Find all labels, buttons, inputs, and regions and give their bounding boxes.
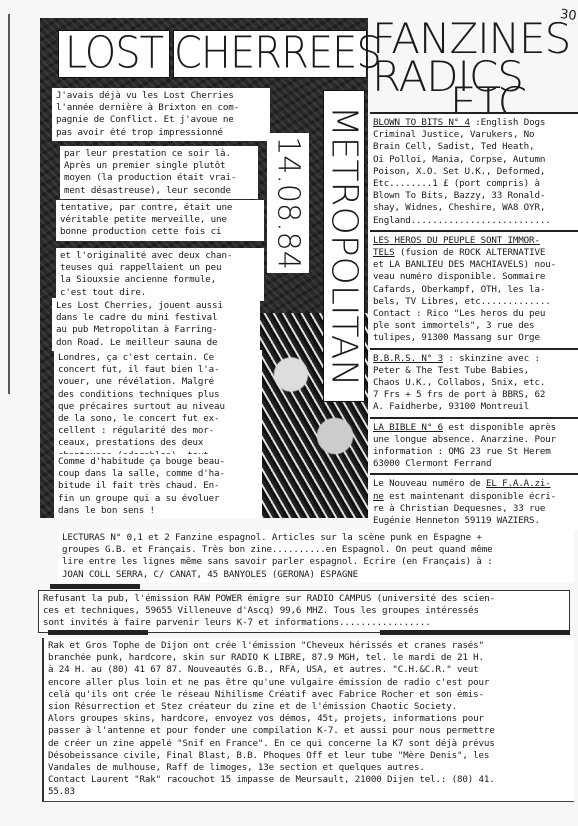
text-line: de créer un zine appelé "Snif en France"… [48, 738, 570, 750]
text-line: moyen (la production était vrai- [64, 172, 254, 184]
text-line: branchée punk, hardcore, skin sur RADIO … [48, 652, 570, 664]
text-line: ceaux, prestations des deux [58, 437, 258, 449]
feature-paragraph: tentative, par contre, était une véritab… [56, 200, 264, 241]
text-line: Criminal Justice, Varukers, No [373, 129, 576, 141]
title-lost: LOST [65, 29, 163, 77]
text-line: England.......................... [373, 215, 576, 227]
text-line: :English Dogs [470, 117, 545, 128]
text-line: sion Résurrection et Stez créateur du zi… [48, 701, 570, 713]
text-line: la Siouxsie ancienne formule, [60, 274, 260, 286]
listing-el-faa-zine: Le Nouveau numéro de EL F.A.A.zi- ne est… [370, 473, 578, 530]
venue-vertical-box: METROPOLITAN [323, 90, 365, 402]
text-line: pas avoir été trop impressionné [56, 127, 266, 139]
text-line: 63000 Clermont Ferrand [373, 458, 576, 470]
text-line: Comme d'habitude ça bouge beau- [58, 456, 258, 468]
listing-title: EL F.A.A.zi- [486, 478, 551, 489]
text-line: Les Lost Cherries, jouent aussi [56, 300, 256, 312]
text-line: shay, Widnes, Cheshire, WA8 OYR, [373, 202, 576, 214]
text-line: fin un groupe qui a su évoluer [58, 493, 258, 505]
text-line: bels, TV Libres, etc............. [373, 296, 576, 308]
text-line: Eugénie Henneton 59119 WAZIERS. [373, 515, 576, 527]
title-lost-box: LOST [58, 30, 170, 78]
text-line: A. Faidherbe, 93100 Montreuil [373, 401, 576, 413]
listing-title-cont: ne [373, 491, 384, 502]
text-line: Rak et Gros Tophe de Dijon ont crée l'ém… [48, 640, 570, 652]
listing-title: LA BIBLE N° 6 [373, 422, 443, 433]
text-line: Blown To Bits, Bazzy, 33 Ronald- [373, 190, 576, 202]
text-line: de la sono, le concert fut ex- [58, 413, 258, 425]
title-cherrees: CHERREES [174, 29, 381, 77]
text-line: vouer, une révélation. Malgré [58, 376, 258, 388]
text-line: cellent : régularité des mor- [58, 425, 258, 437]
text-line: Poison, X.O. Set U.K., Deformed, [373, 166, 576, 178]
text-line: dans le bon sens ! [58, 505, 258, 517]
listing-lecturas: LECTURAS N° 0,1 et 2 Fanzine espagnol. A… [58, 530, 574, 583]
listing-la-bible: LA BIBLE N° 6 est disponible après une l… [370, 417, 578, 474]
text-line: (fusion de ROCK ALTERNATIVE [395, 247, 546, 258]
text-line: JOAN COLL SERRA, C/ CANAT, 45 BANYOLES (… [62, 569, 570, 581]
venue-vertical: METROPOLITAN [324, 106, 365, 387]
listing-heros-du-peuple: LES HEROS DU PEUPLE SONT IMMOR- TELS (fu… [370, 230, 578, 348]
text-line: bitude il fait très chaud. En- [58, 480, 258, 492]
text-line: est maintenant disponible écri- [384, 491, 556, 502]
text-line: pagnie de Conflict. Et j'avoue ne [56, 114, 266, 126]
text-line: Londres, ça c'est certain. Ce [58, 352, 258, 364]
text-line: Contact Laurent "Rak" racouchot 15 impas… [48, 774, 570, 786]
listing-cheveux-herisses: Rak et Gros Tophe de Dijon ont crée l'ém… [42, 638, 574, 802]
text-line: Alors groupes skins, hardcore, envoyez v… [48, 713, 570, 725]
text-line: veau numéro disponible. Sommaire [373, 271, 576, 283]
text-line: re à Christian Dequesnes, 33 rue [373, 503, 576, 515]
text-line: lire entre les lignes même sans savoir p… [62, 556, 570, 568]
listing-title: LES HEROS DU PEUPLE SONT IMMOR- [373, 235, 576, 247]
text-line: tulipes, 91300 Massang sur Orge [373, 332, 576, 344]
text-line: véritable petite merveille, une [60, 214, 260, 226]
text-line: Chaos U.K., Collabos, Snix, etc. [373, 377, 576, 389]
listing-blown-to-bits: BLOWN TO BITS N° 4 :English Dogs Crimina… [370, 112, 578, 230]
divider-bar [380, 630, 570, 635]
text-line: ces et techniques, 59655 Villeneuve d'As… [43, 605, 565, 617]
text-line: des conditions techniques plus [58, 389, 258, 401]
text-line: Désobeissance civile, Final Blast, B.B. … [48, 750, 570, 762]
lost-cherrees-feature: LOST CHERREES METROPOLITAN 14.08.84 J'av… [40, 18, 368, 518]
text-line: Cafards, Oberkampf, OTH, les la- [373, 284, 576, 296]
text-line: l'année dernière à Brixton en com- [56, 102, 266, 114]
text-line: c'est tout dire. [60, 287, 260, 299]
date-vertical-box: 14.08.84 [267, 133, 309, 273]
text-line: sont invités à faire parvenir leurs K-7 … [43, 617, 565, 629]
text-line: Etc........1 £ (port compris) à [373, 178, 576, 190]
text-line: coup dans la salle, comme d'ha- [58, 468, 258, 480]
divider-bar [50, 584, 140, 589]
text-line: est disponible après [443, 422, 556, 433]
text-line: Oi Polloi, Mania, Corpse, Autumn [373, 154, 576, 166]
feature-paragraph: J'avais déjà vu les Lost Cherries l'anné… [52, 88, 270, 141]
feature-paragraph: par leur prestation ce soir là. Après un… [60, 146, 258, 199]
text-line: information : OMG 23 rue St Herem [373, 446, 576, 458]
text-line: Brain Cell, Sadist, Ted Heath, [373, 141, 576, 153]
text-line: : skinzine avec : [443, 353, 540, 364]
page-edge-line [8, 14, 10, 394]
text-line: Vandales de mulhouse, Raff de limoges, 1… [48, 762, 570, 774]
text-line: 55.83 [48, 786, 570, 798]
text-line: celà qu'ils ont crée le réseau Nihilisme… [48, 689, 570, 701]
text-line: Refusant la pub, l'émission RAW POWER ém… [43, 593, 565, 605]
text-line: Peter & The Test Tube Babies, [373, 365, 576, 377]
listing-bbrs: B.B.R.S. N° 3 : skinzine avec : Peter & … [370, 348, 578, 417]
text-line: et l'originalité avec deux chan- [60, 250, 260, 262]
fanzine-listings: BLOWN TO BITS N° 4 :English Dogs Crimina… [370, 112, 578, 530]
text-line: Après un premier single plutôt [64, 160, 254, 172]
text-line: LECTURAS N° 0,1 et 2 Fanzine espagnol. A… [62, 532, 570, 544]
listing-title: BLOWN TO BITS N° 4 [373, 117, 470, 128]
text-line: Le Nouveau numéro de [373, 478, 486, 489]
text-line: teuses qui rappellaient un peu [60, 262, 260, 274]
text-line: une longue absence. Anarzine. Pour [373, 434, 576, 446]
text-line: 7 Frs + 5 frs de port à BBRS, 62 [373, 389, 576, 401]
text-line: tentative, par contre, était une [60, 202, 260, 214]
text-line: encore aller plus loin et ne pas être qu… [48, 677, 570, 689]
feature-paragraph: et l'originalité avec deux chan- teuses … [56, 248, 264, 301]
feature-paragraph: Comme d'habitude ça bouge beau- coup dan… [54, 454, 262, 519]
listing-title-cont: TELS [373, 247, 395, 258]
section-header: FANZINES RADICS ETC [372, 20, 570, 122]
divider-bar [48, 630, 148, 635]
text-line: passer à l'antenne et pour fonder une co… [48, 725, 570, 737]
text-line: ple sont immortels", 3 rue des [373, 320, 576, 332]
text-line: au pub Metropolitan à Farring- [56, 324, 256, 336]
date-vertical: 14.08.84 [271, 136, 306, 270]
text-line: ment désastreuse), leur seconde [64, 185, 254, 197]
text-line: don Road. Le meilleur sauna de [56, 337, 256, 349]
text-line: bonne production cette fois ci [60, 226, 260, 238]
listing-raw-power: Refusant la pub, l'émission RAW POWER ém… [38, 590, 570, 633]
text-line: J'avais déjà vu les Lost Cherries [56, 90, 266, 102]
feature-paragraph: Les Lost Cherries, jouent aussi dans le … [52, 298, 260, 351]
text-line: et LA BANLIEU DES MACHIAVELS) nou- [373, 259, 576, 271]
text-line: par leur prestation ce soir là. [64, 148, 254, 160]
text-line: que précaires surtout au niveau [58, 401, 258, 413]
title-cherrees-box: CHERREES [173, 30, 367, 78]
text-line: Contact : Rico "Les heros du peu [373, 308, 576, 320]
listing-title: B.B.R.S. N° 3 [373, 353, 443, 364]
text-line: à 24 H. au (80) 41 67 87. Nouveautés G.B… [48, 664, 570, 676]
text-line: dans le cadre du mini festival [56, 312, 256, 324]
text-line: concert fut, il faut bien l'a- [58, 364, 258, 376]
text-line: groupes G.B. et Français. Très bon zine.… [62, 544, 570, 556]
